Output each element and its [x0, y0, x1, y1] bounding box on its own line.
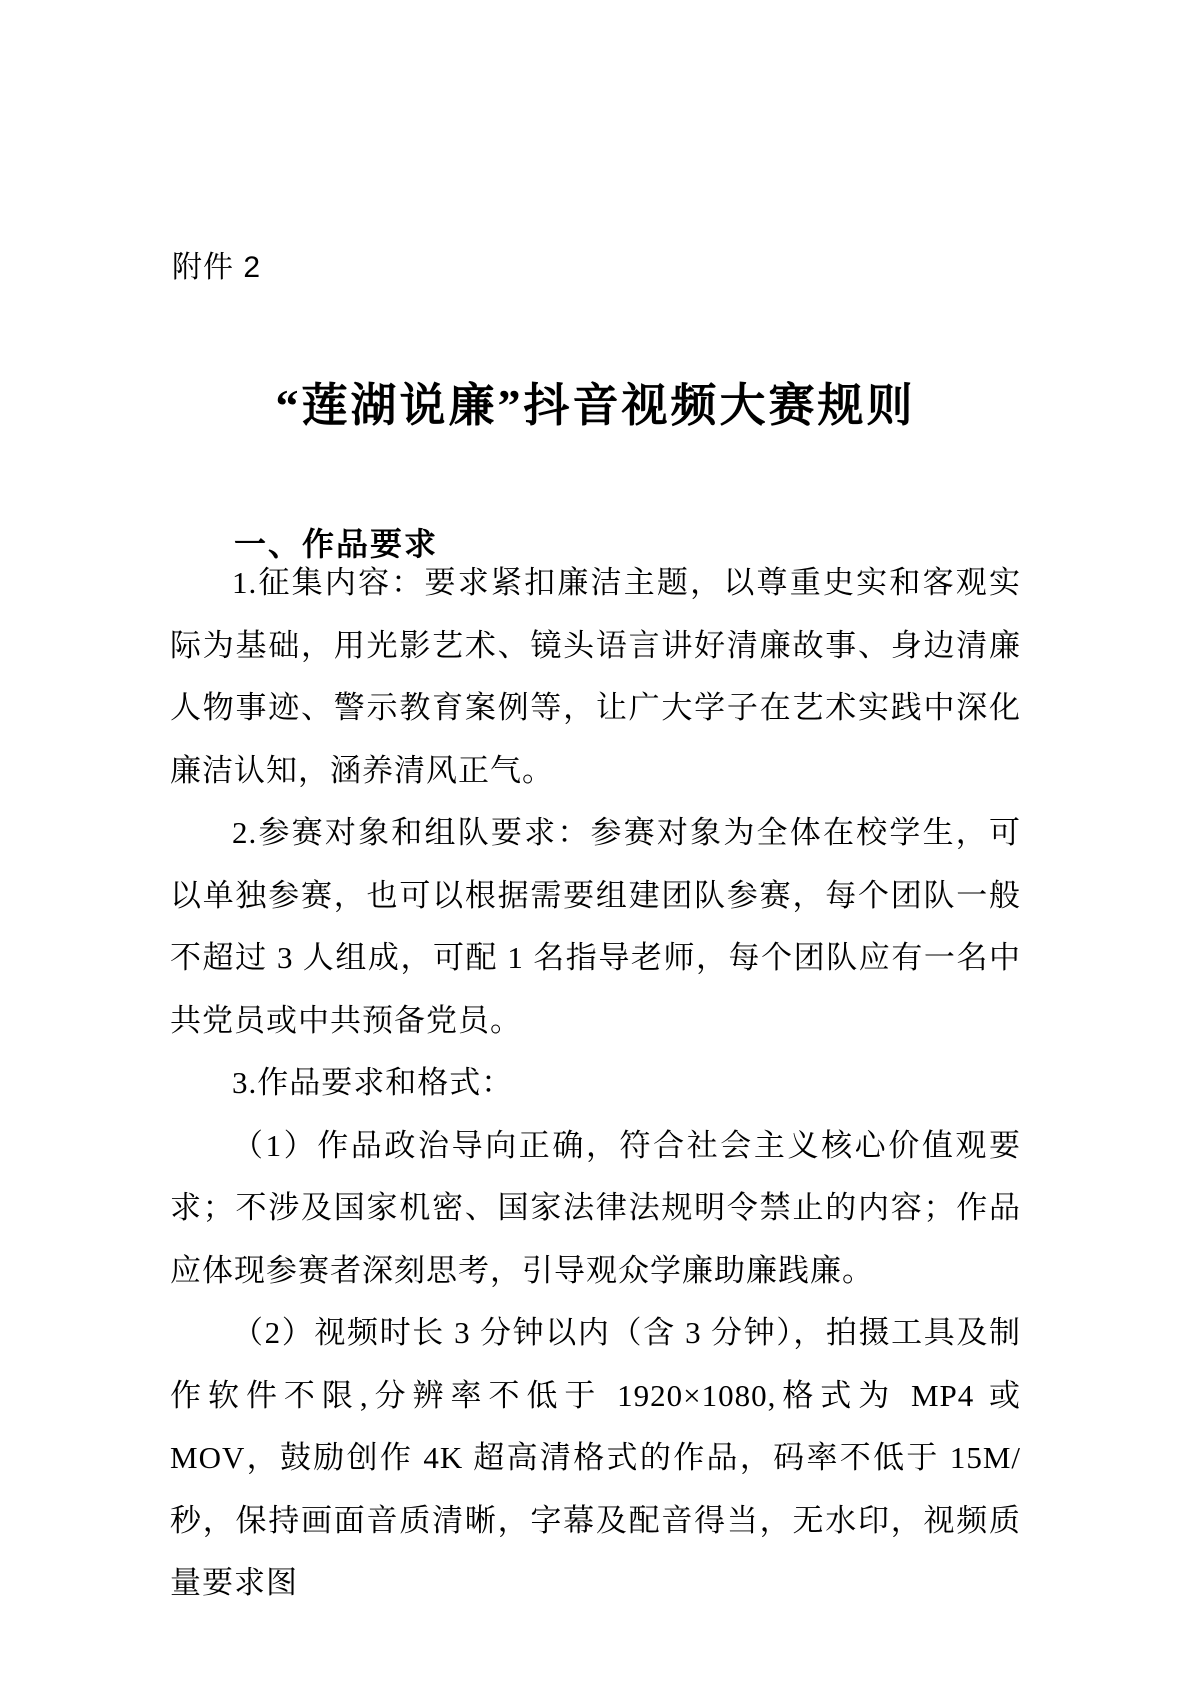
attachment-label: 附件 2 — [172, 250, 261, 286]
paragraph-participants-teams: 2.参赛对象和组队要求：参赛对象为全体在校学生，可以单独参赛，也可以根据需要组建… — [170, 802, 1021, 1052]
body-text: 1.征集内容：要求紧扣廉洁主题，以尊重史实和客观实际为基础，用光影艺术、镜头语言… — [170, 552, 1021, 1615]
paragraph-format-heading: 3.作品要求和格式： — [170, 1052, 1021, 1115]
paragraph-collection-content: 1.征集内容：要求紧扣廉洁主题，以尊重史实和客观实际为基础，用光影艺术、镜头语言… — [170, 552, 1021, 802]
document-page: 附件 2 “莲湖说廉”抖音视频大赛规则 一、作品要求 1.征集内容：要求紧扣廉洁… — [0, 0, 1191, 1684]
paragraph-political-orientation: （1）作品政治导向正确，符合社会主义核心价值观要求；不涉及国家机密、国家法律法规… — [170, 1115, 1021, 1303]
paragraph-video-specs: （2）视频时长 3 分钟以内（含 3 分钟），拍摄工具及制作软件不限,分辨率不低… — [170, 1302, 1021, 1615]
document-title: “莲湖说廉”抖音视频大赛规则 — [110, 379, 1081, 433]
